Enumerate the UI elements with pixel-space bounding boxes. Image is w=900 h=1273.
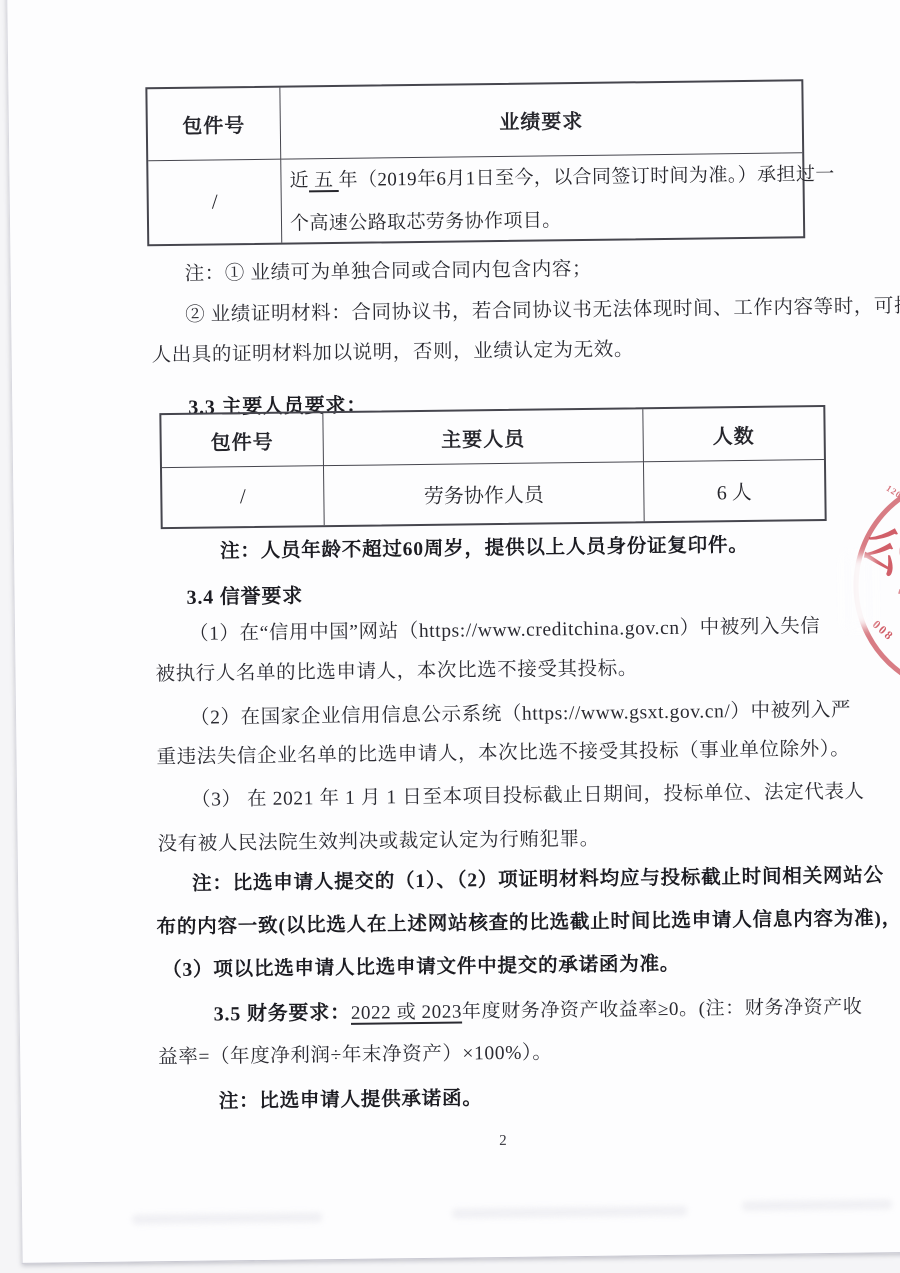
sec34-p2-line2: 重违法失信企业名单的比选申请人，本次比选不接受其投标（事业单位除外）。	[156, 737, 850, 771]
table2-count-cell: 6 人	[644, 460, 825, 521]
sec34-p1-line1: （1）在“信用中国”网站（https://www.creditchina.gov…	[189, 614, 821, 648]
personnel-table: 包件号 主要人员 人数 / 劳务协作人员 6 人	[159, 405, 826, 529]
note1-line-1: 注：① 业绩可为单独合同或合同内包含内容；	[184, 257, 592, 288]
table1-package-cell: /	[148, 160, 282, 245]
performance-requirements-table: 包件号 业绩要求 / 近 五 年（2019年6月1日至今，以合同签订时间为准。）…	[145, 79, 805, 246]
sec34-p1-line2: 被执行人名单的比选申请人，本次比选不接受其投标。	[155, 656, 638, 688]
stamp-ink-fade	[844, 555, 873, 627]
table2-package-cell: /	[162, 466, 325, 527]
sec34-note-line2: 布的内容一致(以比选人在上述网站核查的比选截止时间比选申请人信息内容为准)，	[156, 906, 900, 941]
requirement-line1-suffix: 年（2019年6月1日至今，以合同签订时间为准。）承担过一	[338, 164, 834, 191]
document-page: 包件号 业绩要求 / 近 五 年（2019年6月1日至今，以合同签订时间为准。）…	[6, 0, 900, 1264]
show-through-smudge	[452, 1206, 687, 1219]
section-3-5-heading: 3.5 财务要求：	[214, 1002, 351, 1026]
sec35-underlined-years: 2022 或 2023	[351, 1002, 462, 1024]
sec34-p3-line2: 没有被人民法院生效判决或裁定认定为行贿犯罪。	[157, 827, 599, 858]
section-3-3-note: 注：人员年龄不超过60周岁，提供以上人员身份证复印件。	[220, 533, 749, 565]
requirement-line-1: 近 五 年（2019年6月1日至今，以合同签订时间为准。）承担过一	[289, 159, 835, 193]
sec34-note-line3: （3）项以比选申请人比选申请文件中提交的承诺函为准。	[162, 952, 680, 984]
table1-requirement-cell: 近 五 年（2019年6月1日至今，以合同签订时间为准。）承担过一 个高速公路取…	[281, 153, 803, 242]
sec35-line1-rest: 年度财务净资产收益率≥0。(注：财务净资产收	[462, 997, 863, 1023]
show-through-smudge	[132, 1212, 322, 1224]
note1-line-3: 人出具的证明材料加以说明，否则，业绩认定为无效。	[151, 337, 634, 369]
note1-line-2: ② 业绩证明材料：合同协议书，若合同协议书无法体现时间、工作内容等时，可提供委托	[185, 293, 900, 329]
section-3-5-note: 注：比选申请人提供承诺函。	[219, 1086, 483, 1115]
requirement-line1-underlined: 五	[309, 170, 339, 191]
requirement-line1-prefix: 近	[289, 170, 309, 191]
sec34-note-line1: 注：比选申请人提交的（1）、（2）项证明材料均应与投标截止时间相关网站公	[192, 863, 884, 897]
stamp-arc-text: 1205	[884, 483, 900, 503]
stamp-serial-digits: 008	[869, 617, 897, 644]
sec34-p3-line1: （3） 在 2021 年 1 月 1 日至本项目投标截止日期间，投标单位、法定代…	[191, 780, 865, 814]
scanned-document-viewport: 包件号 业绩要求 / 近 五 年（2019年6月1日至今，以合同签订时间为准。）…	[0, 0, 900, 1273]
requirement-line-2: 个高速公路取芯劳务协作项目。	[290, 205, 562, 235]
page-number: 2	[499, 1133, 508, 1150]
table2-header-personnel: 主要人员	[323, 409, 644, 466]
section-3-4-heading: 3.4 信誉要求	[186, 583, 303, 610]
sec34-p2-line1: （2）在国家企业信用信息公示系统（https://www.gsxt.gov.cn…	[190, 698, 851, 732]
section-3-5-line1: 3.5 财务要求：2022 或 2023年度财务净资产收益率≥0。(注：财务净资…	[214, 994, 863, 1029]
table2-header-count: 人数	[643, 407, 824, 462]
section-3-5-line2: 益率=（年度净利润÷年末净资产）×100%）。	[158, 1040, 553, 1071]
table2-header-package: 包件号	[161, 413, 324, 468]
table1-header-package: 包件号	[147, 88, 281, 162]
table1-header-requirement: 业绩要求	[280, 81, 802, 159]
table2-personnel-cell: 劳务协作人员	[324, 462, 645, 525]
show-through-smudge	[742, 1199, 892, 1211]
